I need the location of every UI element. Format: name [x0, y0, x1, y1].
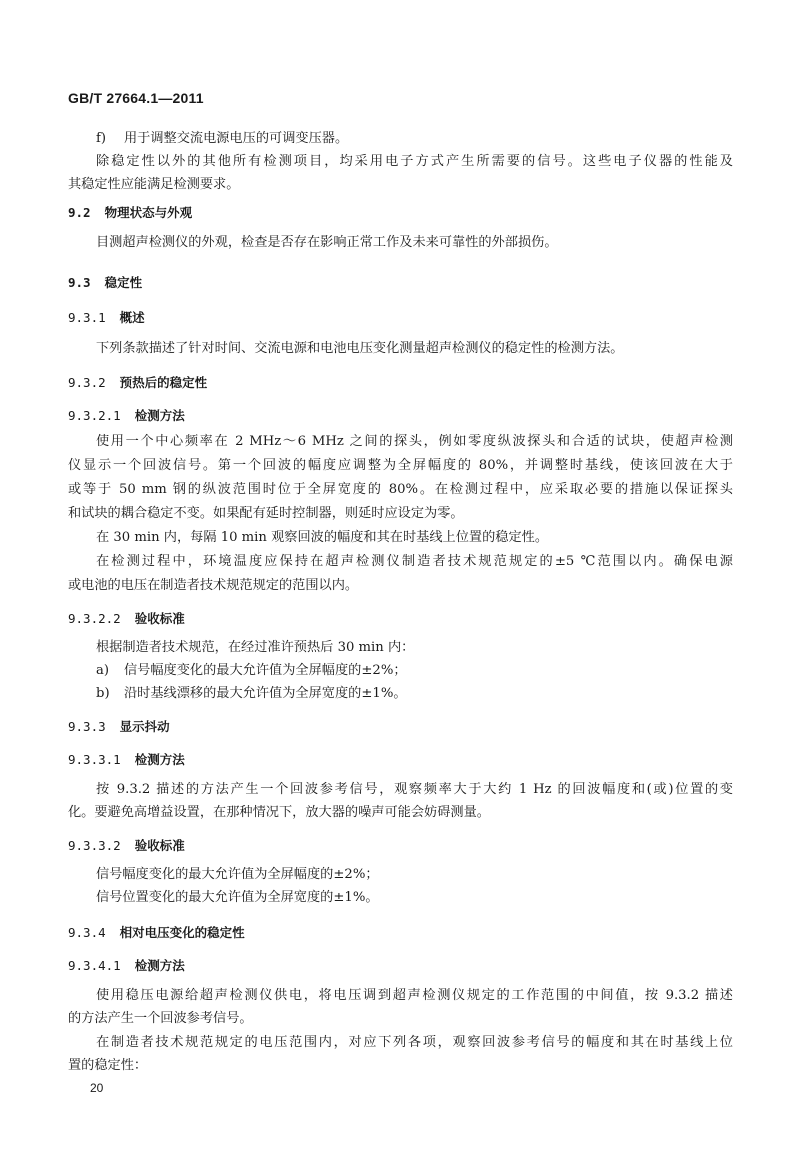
paragraph-line: 目测超声检测仪的外观，检查是否存在影响正常工作及未来可靠性的外部损伤。	[96, 234, 733, 252]
section-number: 9.3.2.1	[68, 407, 121, 425]
section-heading-9-3-1: 9.3.1概述	[68, 309, 733, 327]
section-title: 检测方法	[135, 958, 185, 973]
section-title: 预热后的稳定性	[120, 375, 208, 390]
section-heading-9-3-4-1: 9.3.4.1检测方法	[68, 957, 733, 975]
section-title: 检测方法	[135, 752, 185, 767]
list-marker: a)	[96, 662, 124, 680]
section-heading-9-3-3: 9.3.3显示抖动	[68, 718, 733, 736]
paragraph-line: 除稳定性以外的其他所有检测项目，均采用电子方式产生所需要的信号。这些电子仪器的性…	[96, 153, 733, 171]
paragraph-line: 信号幅度变化的最大允许值为全屏幅度的±2%；	[96, 866, 733, 884]
section-number: 9.3	[68, 274, 91, 292]
list-item-b: b)沿时基线漂移的最大允许值为全屏宽度的±1%。	[96, 685, 407, 703]
list-marker: f)	[96, 130, 124, 148]
section-number: 9.3.2	[68, 374, 106, 392]
section-title: 稳定性	[105, 275, 143, 290]
list-text: 沿时基线漂移的最大允许值为全屏宽度的±1%。	[124, 686, 407, 701]
section-heading-9-3-2: 9.3.2预热后的稳定性	[68, 374, 733, 392]
section-number: 9.3.3.1	[68, 751, 121, 769]
paragraph-line: 使用稳压电源给超声检测仪供电，将电压调到超声检测仪规定的工作范围的中间值，按 9…	[96, 987, 733, 1005]
list-text: 用于调整交流电源电压的可调变压器。	[124, 131, 348, 146]
standard-code-header: GB/T 27664.1—2011	[68, 90, 204, 106]
paragraph-line: 根据制造者技术规范，在经过准许预热后 30 min 内：	[96, 639, 733, 657]
section-heading-9-3-3-1: 9.3.3.1检测方法	[68, 751, 733, 769]
section-title: 显示抖动	[120, 719, 170, 734]
paragraph-line: 下列条款描述了针对时间、交流电源和电池电压变化测量超声检测仪的稳定性的检测方法。	[96, 340, 733, 358]
section-heading-9-3-3-2: 9.3.3.2验收标准	[68, 837, 733, 855]
paragraph-line: 在检测过程中，环境温度应保持在超声检测仪制造者技术规范规定的±5 ℃范围以内。确…	[96, 553, 733, 571]
section-number: 9.3.2.2	[68, 610, 121, 628]
section-number: 9.3.4.1	[68, 957, 121, 975]
section-title: 物理状态与外观	[105, 205, 193, 220]
section-heading-9-3-4: 9.3.4相对电压变化的稳定性	[68, 924, 733, 942]
section-number: 9.3.3.2	[68, 837, 121, 855]
paragraph-line: 和试块的耦合稳定不变。如果配有延时控制器，则延时应设定为零。	[68, 505, 733, 523]
list-item-f: f)用于调整交流电源电压的可调变压器。	[96, 130, 348, 148]
section-number: 9.3.1	[68, 309, 106, 327]
paragraph-line: 在 30 min 内，每隔 10 min 观察回波的幅度和其在时基线上位置的稳定…	[96, 529, 733, 547]
section-number: 9.3.4	[68, 924, 106, 942]
section-title: 检测方法	[135, 408, 185, 423]
section-number: 9.3.3	[68, 718, 106, 736]
paragraph-line: 仪显示一个回波信号。第一个回波的幅度应调整为全屏幅度的 80%，并调整时基线，使…	[68, 457, 733, 475]
paragraph-line: 在制造者技术规范规定的电压范围内，对应下列各项，观察回波参考信号的幅度和其在时基…	[96, 1034, 733, 1052]
document-page: GB/T 27664.1—2011 f)用于调整交流电源电压的可调变压器。 除稳…	[0, 0, 800, 1168]
list-marker: b)	[96, 685, 124, 703]
section-heading-9-3-2-1: 9.3.2.1检测方法	[68, 407, 733, 425]
paragraph-line: 化。要避免高增益设置，在那种情况下，放大器的噪声可能会妨碍测量。	[68, 804, 733, 822]
paragraph-line: 信号位置变化的最大允许值为全屏宽度的±1%。	[96, 889, 733, 907]
list-text: 信号幅度变化的最大允许值为全屏幅度的±2%；	[124, 663, 407, 678]
section-title: 验收标准	[135, 838, 185, 853]
section-heading-9-3-2-2: 9.3.2.2验收标准	[68, 610, 733, 628]
page-number: 20	[90, 1081, 103, 1095]
paragraph-line: 使用一个中心频率在 2 MHz～6 MHz 之间的探头，例如零度纵波探头和合适的…	[96, 433, 733, 451]
paragraph-line: 其稳定性应能满足检测要求。	[68, 176, 733, 194]
section-title: 概述	[120, 310, 145, 325]
section-number: 9.2	[68, 204, 91, 222]
paragraph-line: 或等于 50 mm 钢的纵波范围时位于全屏宽度的 80%。在检测过程中，应采取必…	[68, 481, 733, 499]
section-heading-9-2: 9.2物理状态与外观	[68, 204, 733, 222]
list-item-a: a)信号幅度变化的最大允许值为全屏幅度的±2%；	[96, 662, 407, 680]
section-title: 验收标准	[135, 611, 185, 626]
paragraph-line: 或电池的电压在制造者技术规范规定的范围以内。	[68, 577, 733, 595]
paragraph-line: 按 9.3.2 描述的方法产生一个回波参考信号，观察频率大于大约 1 Hz 的回…	[96, 781, 733, 799]
paragraph-line: 的方法产生一个回波参考信号。	[68, 1010, 733, 1028]
section-heading-9-3: 9.3稳定性	[68, 274, 733, 292]
paragraph-line: 置的稳定性：	[68, 1057, 733, 1075]
section-title: 相对电压变化的稳定性	[120, 925, 245, 940]
